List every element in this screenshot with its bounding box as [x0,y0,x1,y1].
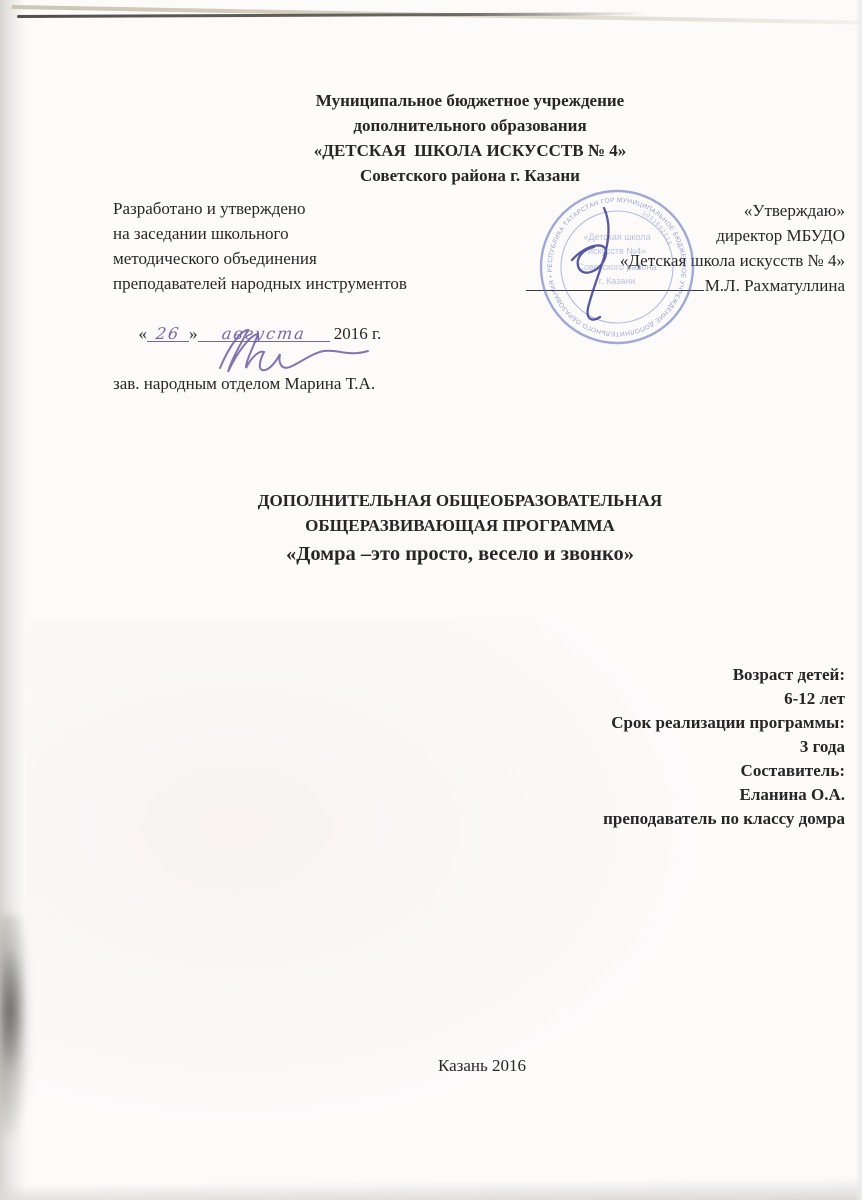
approval-left-line: на заседании школьного [113,221,407,246]
program-title-line: ДОПОЛНИТЕЛЬНАЯ ОБЩЕОБРАЗОВАТЕЛЬНАЯ [58,488,862,513]
program-title-block: ДОПОЛНИТЕЛЬНАЯ ОБЩЕОБРАЗОВАТЕЛЬНАЯ ОБЩЕР… [58,488,862,569]
program-title-line: ОБЩЕРАЗВИВАЮЩАЯ ПРОГРАММА [58,513,862,538]
signatory-name: М.Л. Рахматуллина [705,276,845,295]
city-year-footer: Казань 2016 [102,1056,862,1076]
scanned-title-page: Муниципальное бюджетное учреждение допол… [0,0,862,1200]
details-label-duration: Срок реализации программы: [603,711,845,735]
details-value-age: 6-12 лет [603,687,845,711]
program-details-block: Возраст детей: 6-12 лет Срок реализации … [603,663,845,831]
org-name-line: «ДЕТСКАЯ ШКОЛА ИСКУССТВ № 4» [78,138,862,163]
details-label-author: Составитель: [603,759,845,783]
details-value-duration: 3 года [603,735,845,759]
org-name-line: Советского района г. Казани [78,163,862,188]
program-subtitle: «Домра –это просто, весело и звонко» [58,540,862,569]
org-name-line: Муниципальное бюджетное учреждение [78,88,862,113]
org-name-line: дополнительного образования [78,113,862,138]
details-author-position: преподаватель по классу домра [603,807,845,831]
scan-smudge [2,950,24,1070]
department-head-signature [196,322,386,380]
details-value-author: Еланина О.А. [603,783,845,807]
details-label-age: Возраст детей: [603,663,845,687]
approval-left-line: преподавателей народных инструментов [113,271,407,296]
director-signature [558,196,653,341]
approval-left-line: Разработано и утверждено [113,196,407,221]
scan-edge-bottom [0,1178,862,1200]
approval-left-line: методического объединения [113,246,407,271]
handwritten-day: 26 [154,321,182,346]
date-quote-open: « [139,324,148,343]
date-day-underline: 26 [147,321,189,342]
organization-header: Муниципальное бюджетное учреждение допол… [78,88,862,188]
